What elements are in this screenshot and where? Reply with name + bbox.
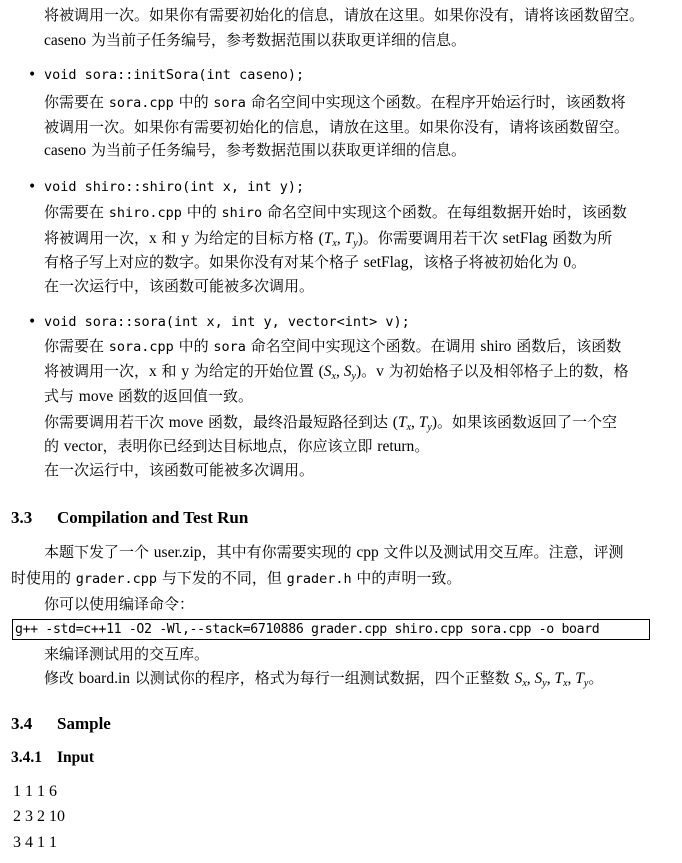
paragraph-line: caseno 为当前子任务编号，参考数据范围以获取更详细的信息。: [44, 140, 466, 161]
text: 以测试你的程序，格式为每行一组测试数据，四个正整数: [130, 669, 515, 687]
section-number: 3.3: [11, 508, 57, 528]
paragraph-line: 将被调用一次，x 和 y 为给定的开始位置 (Sx, Sy)。v 为初始格子以及…: [44, 361, 629, 387]
text: 函数后，该函数: [511, 337, 621, 355]
code-term: shiro: [480, 338, 511, 355]
text: ，该格子将被初始化为: [409, 253, 564, 271]
code-term: move: [79, 388, 113, 405]
text: 函数，最终沿最短路径到达: [203, 413, 393, 431]
code-term: setFlag: [503, 230, 548, 247]
code-term: shiro: [221, 205, 262, 221]
text: 修改: [44, 669, 79, 687]
text: 命名空间中实现这个函数。在程序开始运行时，该函数将: [246, 93, 626, 111]
paragraph-line: 你可以使用编译命令：: [44, 594, 194, 614]
code-term: return: [377, 438, 414, 455]
section-title: Sample: [57, 714, 111, 733]
text: 命名空间中实现这个函数。在调用: [246, 337, 481, 355]
text: 与下发的不同，但: [157, 569, 287, 587]
text: 中的: [174, 337, 214, 355]
text: 。: [571, 253, 586, 271]
text: 。: [414, 437, 429, 455]
section-number: 3.4: [11, 714, 57, 734]
paragraph-line: 被调用一次。如果你有需要初始化的信息，请放在这里。如果你没有，请将该函数留空。: [44, 117, 629, 137]
text: 式与: [44, 387, 79, 405]
subsection-heading: 3.4.1Input: [11, 748, 94, 768]
function-signature: void sora::initSora(int caseno);: [44, 65, 304, 85]
text: 命名空间中实现这个函数。在每组数据开始时，该函数: [262, 203, 627, 221]
function-signature: void shiro::shiro(int x, int y);: [44, 177, 304, 197]
file-name: user.zip: [154, 544, 202, 561]
bullet-icon: •: [28, 177, 36, 197]
paragraph-line: 在一次运行中，该函数可能被多次调用。: [44, 460, 314, 480]
paragraph-line: 你需要在 shiro.cpp 中的 shiro 命名空间中实现这个函数。在每组数…: [44, 202, 627, 223]
text: 中的: [182, 203, 222, 221]
text: 你需要调用若干次: [44, 413, 169, 431]
file-name: grader.h: [287, 571, 352, 587]
math-format: Sx, Sy, Tx, Ty: [515, 670, 589, 687]
text: 将被调用一次，: [44, 362, 149, 380]
code-term: vector: [64, 438, 103, 455]
math-target: (Tx, Ty): [393, 414, 437, 431]
paragraph-line: 式与 move 函数的返回值一致。: [44, 386, 253, 407]
text: 为给定的开始位置: [189, 362, 319, 380]
math-start: (Sx, Sy): [319, 363, 362, 380]
text: 。: [361, 362, 376, 380]
text: 为初始格子以及相邻格子上的数，格: [384, 362, 629, 380]
text: 你需要在: [44, 93, 109, 111]
subsection-title: Input: [57, 749, 94, 766]
var: v: [376, 363, 384, 380]
sample-input-line: 2 3 2 10: [13, 807, 65, 827]
var: y: [181, 363, 189, 380]
code-term: caseno: [44, 142, 86, 159]
text: 的: [44, 437, 64, 455]
paragraph-line: caseno 为当前子任务编号，参考数据范围以获取更详细的信息。: [44, 30, 466, 51]
function-signature: void sora::sora(int x, int y, vector<int…: [44, 312, 410, 332]
text: 函数的返回值一致。: [113, 387, 253, 405]
text: 你需要在: [44, 203, 109, 221]
file-name: board.in: [79, 670, 130, 687]
var: y: [181, 230, 189, 247]
var: x: [149, 363, 157, 380]
paragraph-line: 本题下发了一个 user.zip，其中有你需要实现的 cpp 文件以及测试用交互…: [44, 542, 624, 563]
paragraph-line: 来编译测试用的交互库。: [44, 644, 209, 664]
code-term: move: [169, 414, 203, 431]
code-term: sora.cpp: [109, 95, 174, 111]
paragraph-line: 你需要在 sora.cpp 中的 sora 命名空间中实现这个函数。在调用 sh…: [44, 336, 621, 357]
text: 有格子写上对应的数字。如果你没有对某个格子: [44, 253, 364, 271]
code-term: cpp: [356, 544, 378, 561]
text: 函数为所: [547, 229, 612, 247]
code-term: setFlag: [364, 254, 409, 271]
code-term: shiro.cpp: [109, 205, 182, 221]
text: 为当前子任务编号，参考数据范围以获取更详细的信息。: [86, 31, 466, 49]
section-heading: 3.3Compilation and Test Run: [11, 508, 248, 528]
text: ，表明你已经到达目标地点，你应该立即: [103, 437, 378, 455]
text: ，其中有你需要实现的: [202, 543, 357, 561]
compile-command-box: g++ -std=c++11 -O2 -Wl,--stack=6710886 g…: [12, 619, 650, 640]
paragraph-line: 将被调用一次。如果你有需要初始化的信息，请放在这里。如果你没有，请将该函数留空。: [44, 5, 644, 25]
sample-input-line: 3 4 1 1: [13, 833, 57, 853]
code-term: sora: [213, 95, 246, 111]
code-term: caseno: [44, 32, 86, 49]
bullet-icon: •: [28, 65, 36, 85]
subsection-number: 3.4.1: [11, 748, 57, 768]
paragraph-line: 你需要在 sora.cpp 中的 sora 命名空间中实现这个函数。在程序开始运…: [44, 92, 626, 113]
text: 时使用的: [11, 569, 76, 587]
section-title: Compilation and Test Run: [57, 508, 248, 527]
paragraph-line: 时使用的 grader.cpp 与下发的不同，但 grader.h 中的声明一致…: [11, 568, 461, 589]
text: 你需要在: [44, 337, 109, 355]
text: 为给定的目标方格: [189, 229, 319, 247]
text: 和: [157, 229, 182, 247]
paragraph-line: 你需要调用若干次 move 函数，最终沿最短路径到达 (Tx, Ty)。如果该函…: [44, 412, 617, 438]
text: 。如果该函数返回了一个空: [437, 413, 617, 431]
text: 中的: [174, 93, 214, 111]
text: 。你需要调用若干次: [363, 229, 503, 247]
sample-input-line: 1 1 1 6: [13, 782, 57, 802]
text: 文件以及测试用交互库。注意，评测: [379, 543, 624, 561]
text: 本题下发了一个: [44, 543, 154, 561]
code-term: sora.cpp: [109, 339, 174, 355]
paragraph-line: 的 vector，表明你已经到达目标地点，你应该立即 return。: [44, 436, 429, 457]
section-heading: 3.4Sample: [11, 714, 111, 734]
value: 0: [563, 254, 571, 271]
paragraph-line: 将被调用一次，x 和 y 为给定的目标方格 (Tx, Ty)。你需要调用若干次 …: [44, 228, 612, 254]
text: 将被调用一次，: [44, 229, 149, 247]
file-name: grader.cpp: [76, 571, 157, 587]
paragraph-line: 修改 board.in 以测试你的程序，格式为每行一组测试数据，四个正整数 Sx…: [44, 668, 603, 694]
var: x: [149, 230, 157, 247]
code-term: sora: [213, 339, 246, 355]
paragraph-line: 在一次运行中，该函数可能被多次调用。: [44, 276, 314, 296]
text: 和: [157, 362, 182, 380]
text: 为当前子任务编号，参考数据范围以获取更详细的信息。: [86, 141, 466, 159]
paragraph-line: 有格子写上对应的数字。如果你没有对某个格子 setFlag，该格子将被初始化为 …: [44, 252, 586, 273]
text: 中的声明一致。: [352, 569, 462, 587]
bullet-icon: •: [28, 312, 36, 332]
math-target: (Tx, Ty): [319, 230, 363, 247]
